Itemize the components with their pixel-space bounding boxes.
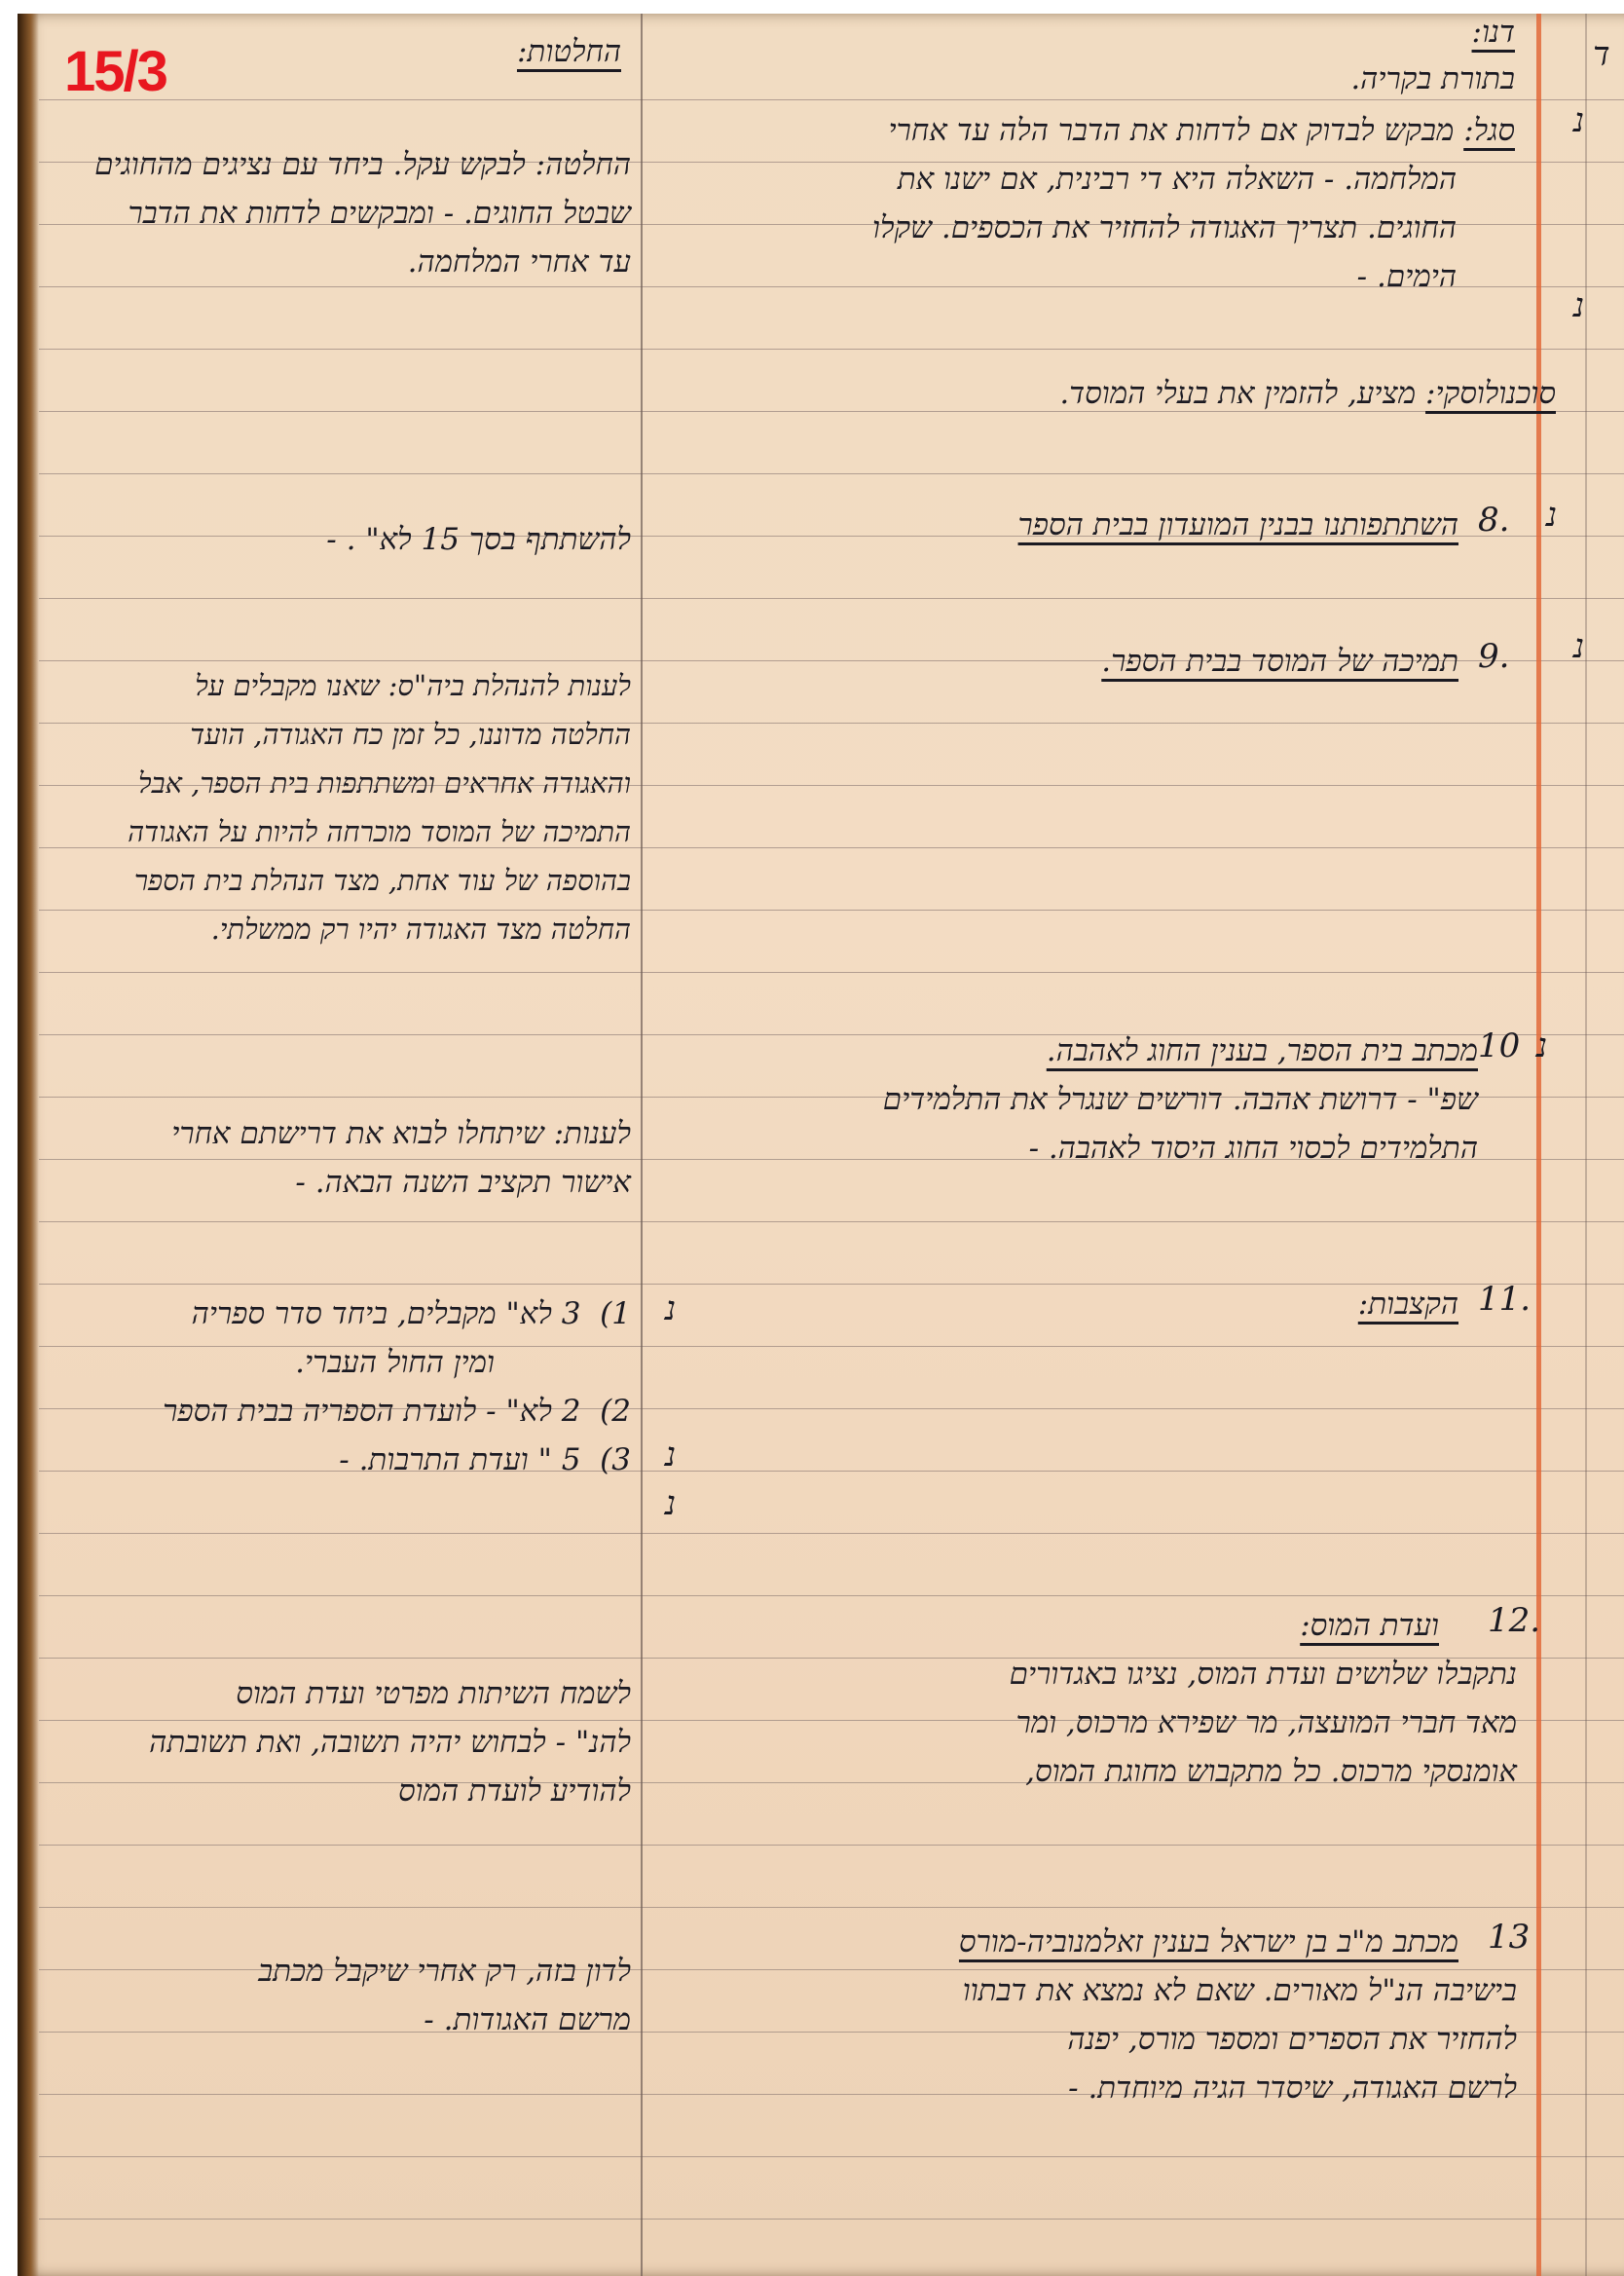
ruled-line [39,473,1624,474]
decision-block-10: לענות: שיתחלו לבוא את דרישתם אחרי אישור … [171,1109,631,1207]
decision-line: התמיכה של המוסד מוכרחה להיות על האגודה [128,807,631,856]
decision-line: והאגודה אחראים ומשתתפות בית הספר, אבל [128,759,631,807]
ruled-line [39,1845,1624,1846]
decision-line: החלטה מדוננו, כל זמן כח האגודה, הועד [128,710,631,759]
decision-block-12: לשמח השיתות מפרטי ועדת המוס להנ" - לבחוש… [149,1669,631,1815]
discussion-intro: בתורת בקריה. [1350,55,1515,103]
allocation-item-cont: ומין החול העברי. [163,1338,631,1387]
decisions-header: החלטות: [517,27,621,76]
outer-margin-line [1585,14,1587,2276]
agenda-number: 11. [1478,1280,1531,1319]
margin-mark: נ [665,1484,676,1523]
decision-line: לשמח השיתות מפרטי ועדת המוס [149,1669,631,1718]
margin-mark: נ [1536,1026,1547,1065]
decision-line: החלטה מצד האגודה יהיו רק ממשלתי. [128,905,631,953]
decision-line: לענות: שיתחלו לבוא את דרישתם אחרי [171,1109,631,1158]
discussion-item-second-speaker: סוכנולוסקי: מציע, להזמין את בעלי המוסד. [1059,369,1556,418]
allocation-item: 1) 3 לא" מקבלים, ביחד סדר ספריה [163,1289,631,1338]
column-divider [641,14,643,2276]
binding-spine [18,14,39,2276]
margin-mark: נ [665,1436,676,1474]
decision-line: שבטל החוגים. - ומבקשים לדחות את הדבר [94,189,631,238]
decision-line: עד אחרי המלחמה. [94,238,631,286]
decision-block-9: לענות להנהלת ביה"ס: שאנו מקבלים על החלטה… [128,661,631,953]
agenda-item-13: מכתב מ"ב בן ישראל בענין זאלמנוביה-מורס ב… [959,1918,1517,2112]
agenda-item-title: מכתב מ"ב בן ישראל בענין זאלמנוביה-מורס [959,1918,1517,1966]
agenda-item-title: השתתפותנו בבנין המועדון בבית הספר [1018,501,1458,549]
ruled-line [39,2156,1624,2157]
agenda-item-title: תמיכה של המוסד בבית הספר. [1101,637,1458,686]
decision-line: לדון בזה, רק אחרי שיקבל מכתב [258,1947,631,1996]
ruled-line [39,972,1624,973]
agenda-item-title: הקצבות: [1358,1280,1458,1328]
ruled-line [39,598,1624,599]
decision-block-13: לדון בזה, רק אחרי שיקבל מכתב מרשם האגודו… [258,1947,631,2044]
ruled-line [39,1907,1624,1908]
page-number-label: 15/3 [64,39,166,104]
margin-mark: נ [1573,286,1584,325]
decision-line: להשתתף בסך 15 לא" . - [326,515,631,564]
ruled-line [39,1595,1624,1596]
margin-mark: נ [1546,496,1557,535]
decision-block-11: 1) 3 לא" מקבלים, ביחד סדר ספריה ומין החו… [163,1289,631,1484]
decision-line: החלטה: לבקש עקל. ביחד עם נציגים מהחוגים [94,140,631,189]
speaker-name: סוכנולוסקי: [1425,376,1556,411]
margin-mark: ד [1593,35,1610,74]
margin-mark: נ [1573,101,1584,140]
decision-line: מרשם האגודות. - [258,1996,631,2044]
agenda-number: 10 [1478,1026,1520,1065]
agenda-item-title: מכתב בית הספר, בענין החוג לאהבה. [883,1026,1478,1075]
speaker-name: סגל: [1463,113,1515,148]
decision-line: בהוספה של עוד אחת, מצד הנהלת בית הספר [128,856,631,905]
discussion-header: דנו: [1472,8,1515,56]
decision-block-8: להשתתף בסך 15 לא" . - [326,515,631,564]
allocation-item: 3) 5 " ועדת התרבות. - [163,1436,631,1484]
notebook-page: 15/3 החלטות: החלטה: לבקש עקל. ביחד עם נצ… [18,14,1624,2276]
ruled-line [39,1221,1624,1222]
decision-line: להנ" - לבחוש יהיה תשובה, ואת תשובתה [149,1718,631,1767]
margin-mark: נ [665,1289,676,1328]
ruled-line [39,2219,1624,2220]
allocation-item: 2) 2 לא" - לועדת הספריה בבית הספר [163,1387,631,1436]
decision-block-1: החלטה: לבקש עקל. ביחד עם נציגים מהחוגים … [94,140,631,286]
agenda-item-12: ועדת המוס: נתקבלו שלושים ועדת המוס, נציג… [1010,1601,1517,1796]
ruled-line [39,349,1624,350]
decision-line: לענות להנהלת ביה"ס: שאנו מקבלים על [128,661,631,710]
decision-line: להודיע לועדת המוס [149,1767,631,1815]
agenda-number: 9. [1478,637,1509,676]
ruled-line [39,1533,1624,1534]
agenda-number: 8. [1478,501,1509,540]
agenda-item-title: ועדת המוס: [1010,1601,1517,1650]
discussion-item-segal: סגל: מבקש לבדוק אם לדחות את הדבר הלה עד … [872,106,1515,301]
margin-mark: נ [1573,627,1584,666]
margin-line [1536,14,1541,2276]
decision-line: אישור תקציב השנה הבאה. - [171,1158,631,1207]
agenda-item-10: מכתב בית הספר, בענין החוג לאהבה. שפ" - ד… [883,1026,1478,1173]
